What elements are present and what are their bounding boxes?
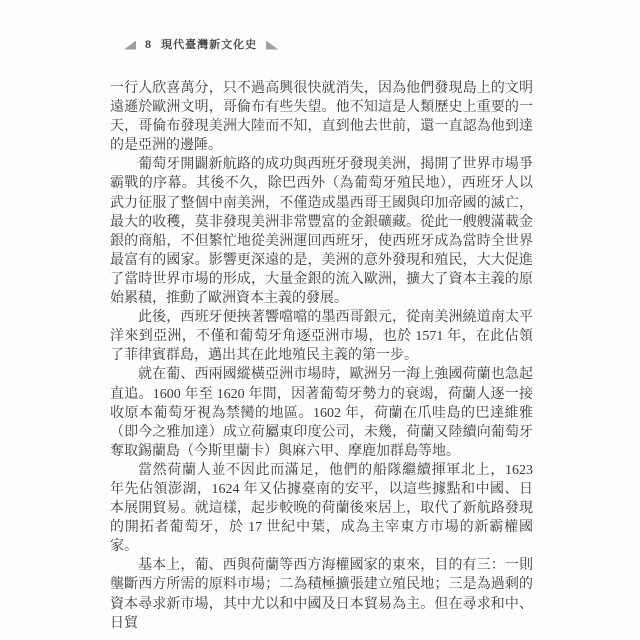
- paragraph: 當然荷蘭人並不因此而滿足，他們的船隊繼續揮軍北上，1623 年先佔領澎湖，162…: [110, 461, 533, 556]
- running-header: 8 現代臺灣新文化史: [124, 38, 278, 52]
- paragraph: 一行人欣喜萬分，只不過高興很快就消失，因為他們發現島上的文明遠遜於歐洲文明，哥倫…: [110, 79, 533, 155]
- running-header-title: 現代臺灣新文化史: [161, 38, 257, 52]
- paragraph: 葡萄牙開闢新航路的成功與西班牙發現美洲，揭開了世界市場爭霸戰的序幕。其後不久，除…: [110, 155, 533, 308]
- body-text: 一行人欣喜萬分，只不過高興很快就消失，因為他們發現島上的文明遠遜於歐洲文明，哥倫…: [110, 79, 533, 633]
- paragraph: 就在葡、西兩國縱橫亞洲市場時，歐洲另一海上強國荷蘭也急起直追。1600 年至 1…: [110, 365, 533, 460]
- paragraph: 此後，西班牙便挾著響噹噹的墨西哥銀元，從南美洲繞道南太平洋來到亞洲，不僅和葡萄牙…: [110, 308, 533, 365]
- page-corner-triangle-left-icon: [124, 41, 136, 50]
- page-number: 8: [145, 38, 152, 52]
- book-page: 8 現代臺灣新文化史 一行人欣喜萬分，只不過高興很快就消失，因為他們發現島上的文…: [0, 0, 640, 640]
- page-corner-triangle-right-icon: [266, 41, 278, 50]
- paragraph: 基本上，葡、西與荷蘭等西方海權國家的東來，目的有三：一則壟斷西方所需的原料市場；…: [110, 556, 533, 632]
